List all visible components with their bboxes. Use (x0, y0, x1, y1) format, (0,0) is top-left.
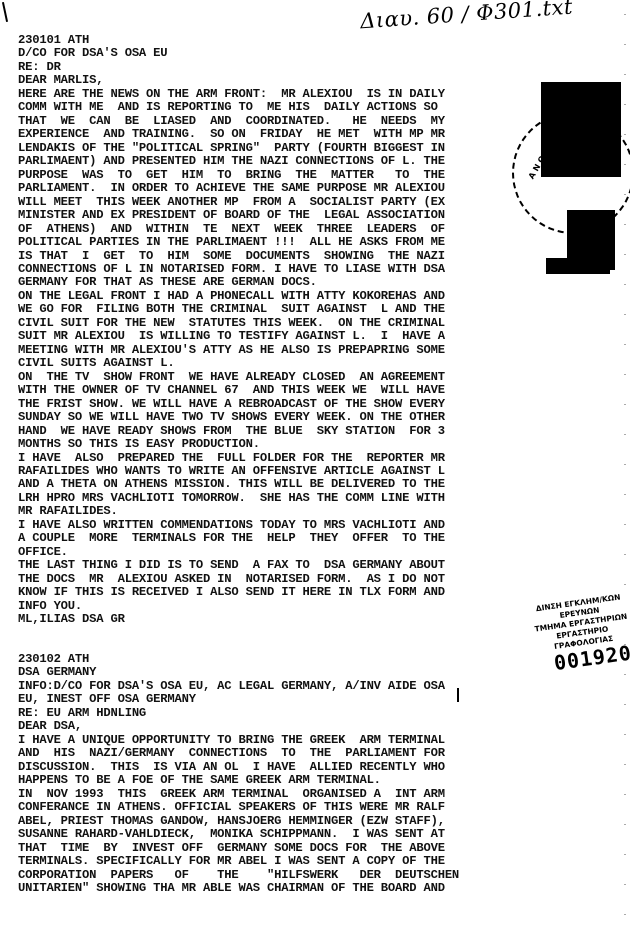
handwritten-file-reference: Διαυ. 60 / Φ301.txt (359, 0, 573, 33)
telex-line: PURPOSE WAS TO GET HIM TO BRING THE MATT… (18, 169, 528, 182)
telex-line: ON THE LEGAL FRONT I HAD A PHONECALL WIT… (18, 290, 528, 303)
telex-line: EXPERIENCE AND TRAINING. SO ON FRIDAY HE… (18, 128, 528, 141)
telex-line: SUSANNE RAHARD-VAHLDIECK, MONIKA SCHIPPM… (18, 828, 528, 841)
telex-line: EU, INEST OFF OSA GERMANY (18, 693, 528, 706)
telex-line: DEAR DSA, (18, 720, 528, 733)
telex-line: LRH HPRO MRS VACHLIOTI TOMORROW. SHE HAS… (18, 492, 528, 505)
telex-line: IS THAT I GET TO HIM SOME DOCUMENTS SHOW… (18, 250, 528, 263)
telex-line: DEAR MARLIS, (18, 74, 528, 87)
telex-line: CIVIL SUITS AGAINST L. (18, 357, 528, 370)
telex-line: GERMANY FOR THAT AS THESE ARE GERMAN DOC… (18, 276, 528, 289)
telex-line: CONFERANCE IN ATHENS. OFFICIAL SPEAKERS … (18, 801, 528, 814)
telex-line: KNOW IF THIS IS RECEIVED I ALSO SEND IT … (18, 586, 528, 599)
photo-stamp-dark-region (541, 82, 621, 177)
telex-line: SUNDAY SO WE WILL HAVE TWO TV SHOWS EVER… (18, 411, 528, 424)
telex-line: OFFICE. (18, 546, 528, 559)
telex-line: I HAVE ALSO PREPARED THE FULL FOLDER FOR… (18, 452, 528, 465)
telex-line: RE: DR (18, 61, 528, 74)
telex-line: CONNECTIONS OF L IN NOTARISED FORM. I HA… (18, 263, 528, 276)
telex-line: 230101 ATH (18, 34, 528, 47)
telex-line: WE GO FOR FILING BOTH THE CRIMINAL SUIT … (18, 303, 528, 316)
telex-line: MONTHS SO THIS IS EASY PRODUCTION. (18, 438, 528, 451)
telex-line: ML,ILIAS DSA GR (18, 613, 528, 626)
scanned-document-page: Διαυ. 60 / Φ301.txt 230101 ATHD/CO FOR D… (0, 0, 630, 929)
telex-line: I HAVE A UNIQUE OPPORTUNITY TO BRING THE… (18, 734, 528, 747)
telex-line: RE: EU ARM HDNLING (18, 707, 528, 720)
telex-line: I HAVE ALSO WRITTEN COMMENDATIONS TODAY … (18, 519, 528, 532)
telex-line: UNITARIEN" SHOWING THA MR ABLE WAS CHAIR… (18, 882, 528, 895)
telex-line: HAND WE HAVE READY SHOWS FROM THE BLUE S… (18, 425, 528, 438)
telex-line: 230102 ATH (18, 653, 528, 666)
pen-mark (2, 2, 8, 22)
forensic-lab-stamp: ΔΙΝΣΗ ΕΓΚΛΗΜ/ΚΩΝ ΕΡΕΥΝΩΝ ΤΜΗΜΑ ΕΡΓΑΣΤΗΡΙ… (530, 592, 630, 677)
telex-line: HERE ARE THE NEWS ON THE ARM FRONT: MR A… (18, 88, 528, 101)
telex-line: A COUPLE MORE TERMINALS FOR THE HELP THE… (18, 532, 528, 545)
telex-line: WITH THE OWNER OF TV CHANNEL 67 AND THIS… (18, 384, 528, 397)
telex-line: LENDAKIS OF THE "POLITICAL SPRING" PARTY… (18, 142, 528, 155)
telex-line: PARLIAMENT. IN ORDER TO ACHIEVE THE SAME… (18, 182, 528, 195)
telex-line: RAFAILIDES WHO WANTS TO WRITE AN OFFENSI… (18, 465, 528, 478)
telex-line: DISCUSSION. THIS IS VIA AN OL I HAVE ALL… (18, 761, 528, 774)
telex-line: MR RAFAILIDES. (18, 505, 528, 518)
telex-line: SUIT MR ALEXIOU IS WILLING TO TESTIFY AG… (18, 330, 528, 343)
telex-line: HAPPENS TO BE A FOE OF THE SAME GREEK AR… (18, 774, 528, 787)
telex-line: AND A THETA ON ATHENS MISSION. THIS WILL… (18, 478, 528, 491)
telex-line: DSA GERMANY (18, 666, 528, 679)
telex-line: POLITICAL PARTIES IN THE PARLIMAENT !!! … (18, 236, 528, 249)
telex-line: TERMINALS. SPECIFICALLY FOR MR ABEL I WA… (18, 855, 528, 868)
telex-line: PARLIMAENT) AND PRESENTED HIM THE NAZI C… (18, 155, 528, 168)
telex-line: MINISTER AND EX PRESIDENT OF BOARD OF TH… (18, 209, 528, 222)
telex-line: THAT TIME BY INVEST OFF GERMANY SOME DOC… (18, 842, 528, 855)
telex-line: MEETING WITH MR ALEXIOU'S ATTY AS HE ALS… (18, 344, 528, 357)
telex-line: ABEL, PRIEST THOMAS GANDOW, HANSJOERG HE… (18, 815, 528, 828)
telex-line: THE LAST THING I DID IS TO SEND A FAX TO… (18, 559, 528, 572)
telex-message-230101: 230101 ATHD/CO FOR DSA'S OSA EURE: DRDEA… (18, 34, 528, 627)
telex-line: THE DOCS MR ALEXIOU ASKED IN NOTARISED F… (18, 573, 528, 586)
photo-stamp-dark-bar (546, 258, 610, 274)
telex-message-230102: 230102 ATHDSA GERMANYINFO:D/CO FOR DSA'S… (18, 653, 528, 895)
telex-line: WILL MEET THIS WEEK ANOTHER MP FROM A SO… (18, 196, 528, 209)
telex-line: AND HIS NAZI/GERMANY CONNECTIONS TO THE … (18, 747, 528, 760)
pen-mark (457, 688, 459, 702)
scan-edge-noise (624, 0, 626, 929)
telex-line: THE FRIST SHOW. WE WILL HAVE A REBROADCA… (18, 398, 528, 411)
telex-line: INFO YOU. (18, 600, 528, 613)
telex-line: D/CO FOR DSA'S OSA EU (18, 47, 528, 60)
telex-line: THAT WE CAN BE LIASED AND COORDINATED. H… (18, 115, 528, 128)
telex-line: CIVIL SUIT FOR THE NEW STATUTES THIS WEE… (18, 317, 528, 330)
telex-line: COMM WITH ME AND IS REPORTING TO ME HIS … (18, 101, 528, 114)
telex-line: INFO:D/CO FOR DSA'S OSA EU, AC LEGAL GER… (18, 680, 528, 693)
telex-line: CORPORATION PAPERS OF THE "HILFSWERK DER… (18, 869, 528, 882)
telex-line: IN NOV 1993 THIS GREEK ARM TERMINAL ORGA… (18, 788, 528, 801)
telex-line: OF ATHENS) AND WITHIN TE NEXT WEEK THREE… (18, 223, 528, 236)
telex-line: ON THE TV SHOW FRONT WE HAVE ALREADY CLO… (18, 371, 528, 384)
